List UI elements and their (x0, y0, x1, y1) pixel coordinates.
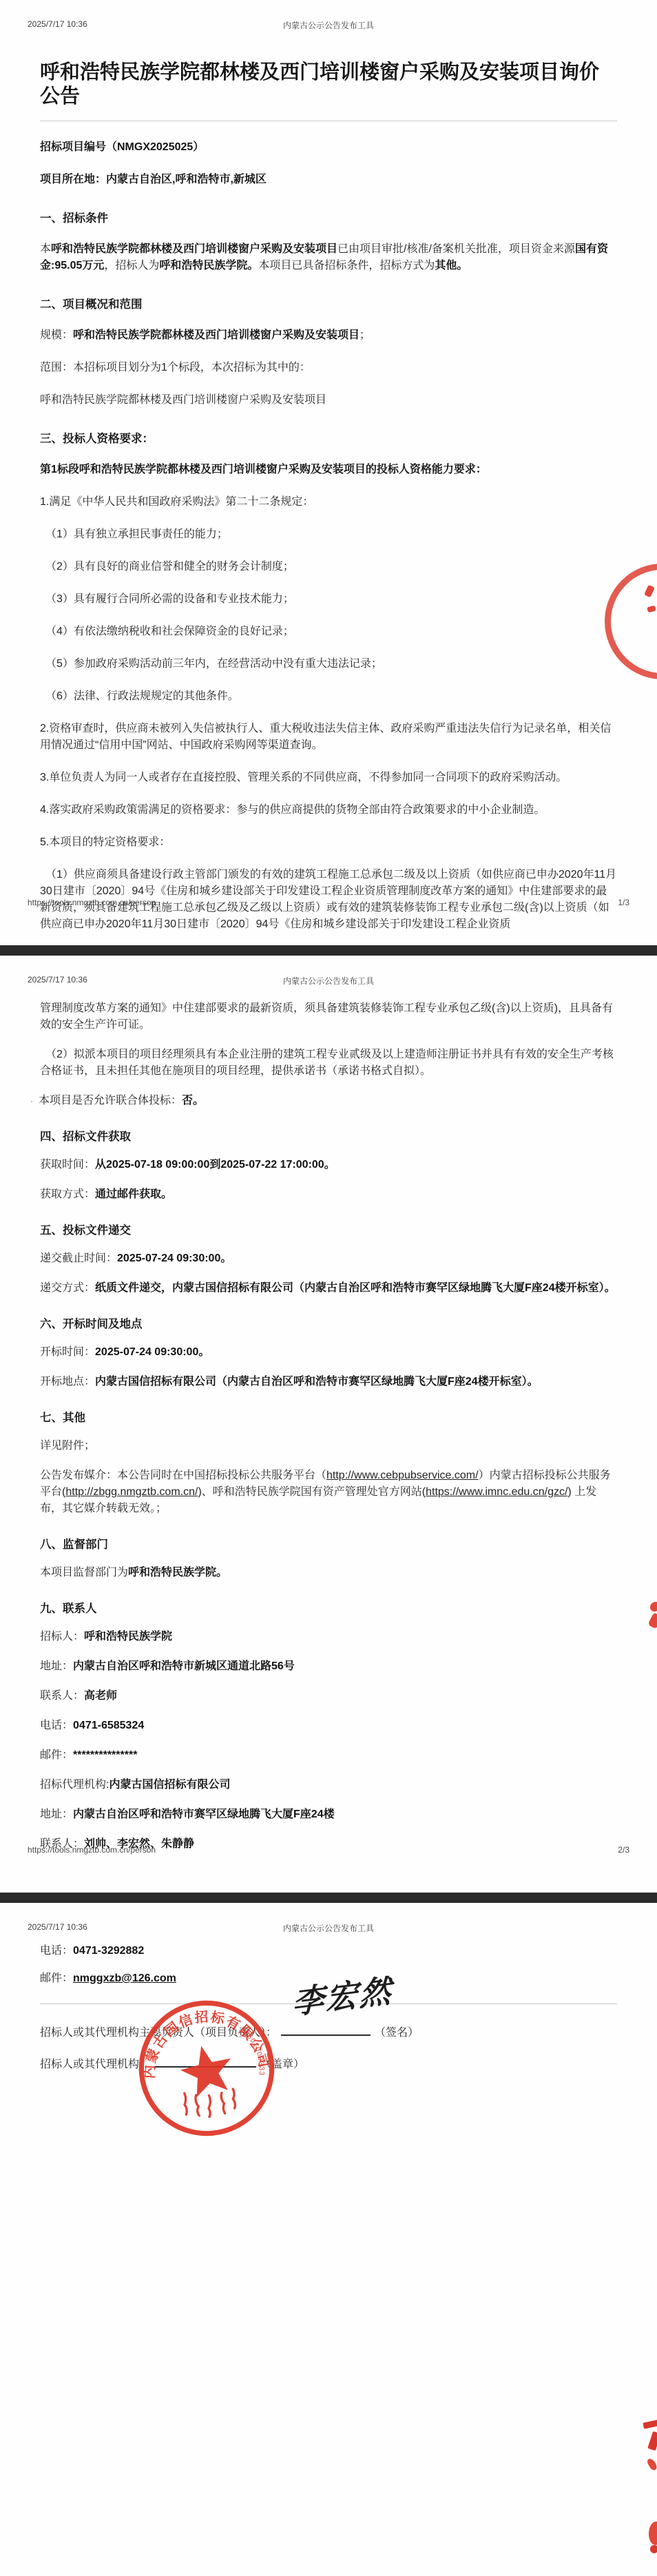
official-seal-stamp: 内蒙古国信招标有限公司 1501000333 (129, 1990, 284, 2145)
header-app-title: 内蒙古公示公告发布工具 (0, 975, 657, 987)
stamp-mongolian-script (184, 2089, 236, 2119)
qualification-sub-item: （6）法律、行政法规规定的其他条件。 (40, 688, 617, 705)
qualification-item-3: 3.单位负责人为同一人或者存在直接控股、管理关系的不同供应商，不得参加同一合同项… (40, 770, 617, 786)
document-obtain-time: 获取时间：从2025-07-18 09:00:00到2025-07-22 17:… (40, 1157, 617, 1173)
section-2-heading: 二、项目概况和范围 (40, 295, 617, 311)
document-page-1: 2025/7/17 10:36 内蒙古公示公告发布工具 呼和浩特民族学院都林楼及… (0, 0, 657, 945)
qualification-sub-item: （4）有依法缴纳税收和社会保障资金的良好记录； (40, 624, 617, 640)
agency-phone: 电话：0471-3292882 (40, 1943, 617, 1959)
bid-opening-place: 开标地点：内蒙古国信招标有限公司（内蒙古自治区呼和浩特市赛罕区绿地腾飞大厦F座2… (40, 1374, 617, 1390)
bidding-conditions-paragraph: 本呼和浩特民族学院都林楼及西门培训楼窗户采购及安装项目已由项目审批/核准/备案机… (40, 241, 617, 274)
section-8-heading: 八、监督部门 (40, 1535, 617, 1552)
qualification-sub-item: （5）参加政府采购活动前三年内，在经营活动中没有重大违法记录； (40, 656, 617, 672)
page-footer: https://tools.nmgztb.com.cn/person 1/3 (28, 898, 629, 907)
page-number: 2/3 (618, 1845, 629, 1855)
header-app-title: 内蒙古公示公告发布工具 (0, 19, 657, 31)
qualification-sub-item: （1）具有独立承担民事责任的能力； (40, 526, 617, 543)
page-separator (0, 1893, 657, 1903)
tenderer-name: 招标人：呼和浩特民族学院 (40, 1629, 617, 1645)
joint-venture-line: ·本项目是否允许联合体投标：否。 (40, 1093, 617, 1109)
project-scale: 规模：呼和浩特民族学院都林楼及西门培训楼窗户采购及安装项目； (40, 327, 617, 344)
header-datetime: 2025/7/17 10:36 (28, 1922, 87, 1932)
header-datetime: 2025/7/17 10:36 (28, 19, 87, 29)
bid-opening-time: 开标时间：2025-07-24 09:30:00。 (40, 1344, 617, 1361)
supervision-department: 本项目监督部门为呼和浩特民族学院。 (40, 1565, 617, 1581)
agency-email-address: nmggxzb@126.com (73, 1972, 176, 1984)
seal-fragment (650, 2545, 657, 2553)
seal-line: 招标人或其代理机构：（盖章） (40, 2057, 617, 2073)
section-4-heading: 四、招标文件获取 (40, 1127, 617, 1144)
qualification-sub-item: （2）具有良好的商业信誉和健全的财务会计制度； (40, 559, 617, 575)
page-number: 1/3 (618, 898, 629, 907)
section-3-heading: 三、投标人资格要求： (40, 429, 617, 446)
seal-fragment (649, 2522, 657, 2545)
submission-deadline: 递交截止时间：2025-07-24 09:30:00。 (40, 1250, 617, 1267)
footer-url: https://tools.nmgztb.com.cn/person (28, 1845, 156, 1855)
qualification-intro: 第1标段呼和浩特民族学院都林楼及西门培训楼窗户采购及安装项目的投标人资格能力要求… (40, 462, 617, 478)
tenderer-email: 邮件：*************** (40, 1747, 617, 1764)
qualification-item-2: 2.资格审查时，供应商未被列入失信被执行人、重大税收违法失信主体、政府采购严重违… (40, 721, 617, 754)
nmgztb-url: http://zbgg.nmgztb.com.cn/ (65, 1486, 198, 1498)
document-page-2: 2025/7/17 10:36 内蒙古公示公告发布工具 管理制度改革方案的通知》… (0, 956, 657, 1893)
header-app-title: 内蒙古公示公告发布工具 (0, 1922, 657, 1934)
section-6-heading: 六、开标时间及地点 (40, 1315, 617, 1331)
attachment-note: 详见附件； (40, 1438, 617, 1454)
qualification-item-5: 5.本项目的特定资格要求： (40, 834, 617, 851)
tenderer-contact: 联系人：高老师 (40, 1688, 617, 1704)
project-number: 招标项目编号（NMGX2025025） (40, 139, 617, 156)
project-scope-item: 呼和浩特民族学院都林楼及西门培训楼窗户采购及安装项目 (40, 392, 617, 409)
specific-qualification-1-continued: 管理制度改革方案的通知》中住建部要求的最新资质，须具备建筑装修装饰工程专业承包乙… (40, 1000, 617, 1033)
header-datetime: 2025/7/17 10:36 (28, 975, 87, 985)
page-header: 2025/7/17 10:36 内蒙古公示公告发布工具 (0, 975, 657, 987)
project-location: 项目所在地：内蒙古自治区,呼和浩特市,新城区 (40, 172, 617, 188)
page-header: 2025/7/17 10:36 内蒙古公示公告发布工具 (0, 19, 657, 31)
page-header: 2025/7/17 10:36 内蒙古公示公告发布工具 (0, 1922, 657, 1934)
section-1-heading: 一、招标条件 (40, 209, 617, 225)
seal-fragment (647, 2431, 657, 2451)
title-divider (40, 121, 617, 121)
cebpubservice-url: http://www.cebpubservice.com/ (326, 1470, 479, 1481)
signature-blank (281, 2025, 371, 2036)
signature-line: 招标人或其代理机构主要负责人（项目负责人）：（签名） (40, 2025, 617, 2041)
qualification-sub-item: （3）具有履行合同所必需的设备和专业技术能力； (40, 591, 617, 608)
submission-method: 递交方式：纸质文件递交，内蒙古国信招标有限公司（内蒙古自治区呼和浩特市赛罕区绿地… (40, 1280, 617, 1297)
section-9-heading: 九、联系人 (40, 1599, 617, 1616)
document-obtain-method: 获取方式：通过邮件获取。 (40, 1186, 617, 1203)
seal-fragment (650, 1602, 657, 1611)
document-page-3: 2025/7/17 10:36 内蒙古公示公告发布工具 电话：0471-3292… (0, 1903, 657, 2576)
tenderer-phone: 电话：0471-6585324 (40, 1718, 617, 1734)
specific-qualification-2: （2）拟派本项目的项目经理须具有本企业注册的建筑工程专业贰级及以上建造师注册证书… (40, 1047, 617, 1080)
law-requirement: 1.满足《中华人民共和国政府采购法》第二十二条规定： (40, 494, 617, 511)
seal-fragment (646, 2457, 657, 2472)
page-footer: https://tools.nmgztb.com.cn/person 2/3 (28, 1845, 629, 1855)
section-5-heading: 五、投标文件递交 (40, 1221, 617, 1237)
seal-fragment (643, 2419, 657, 2429)
agency-address: 地址：内蒙古自治区呼和浩特市赛罕区绿地腾飞大厦F座24楼 (40, 1806, 617, 1823)
imnc-url: https://www.imnc.edu.cn/gzc/ (426, 1486, 567, 1498)
tenderer-address: 地址：内蒙古自治区呼和浩特市新城区通道北路56号 (40, 1658, 617, 1675)
stamp-star (176, 2040, 238, 2099)
publication-media: 公告发布媒介：本公告同时在中国招标投标公共服务平台（http://www.ceb… (40, 1467, 617, 1517)
footer-url: https://tools.nmgztb.com.cn/person (28, 898, 156, 907)
qualification-item-4: 4.落实政府采购政策需满足的资格要求：参与的供应商提供的货物全部由符合政策要求的… (40, 802, 617, 818)
section-7-heading: 七、其他 (40, 1408, 617, 1425)
announcement-title: 呼和浩特民族学院都林楼及西门培训楼窗户采购及安装项目询价公告 (40, 61, 612, 109)
stray-dot: · (30, 1096, 33, 1106)
project-scope: 范围：本招标项目划分为1个标段，本次招标为其中的： (40, 360, 617, 376)
agency-name: 招标代理机构:内蒙古国信招标有限公司 (40, 1777, 617, 1793)
page-separator (0, 945, 657, 956)
